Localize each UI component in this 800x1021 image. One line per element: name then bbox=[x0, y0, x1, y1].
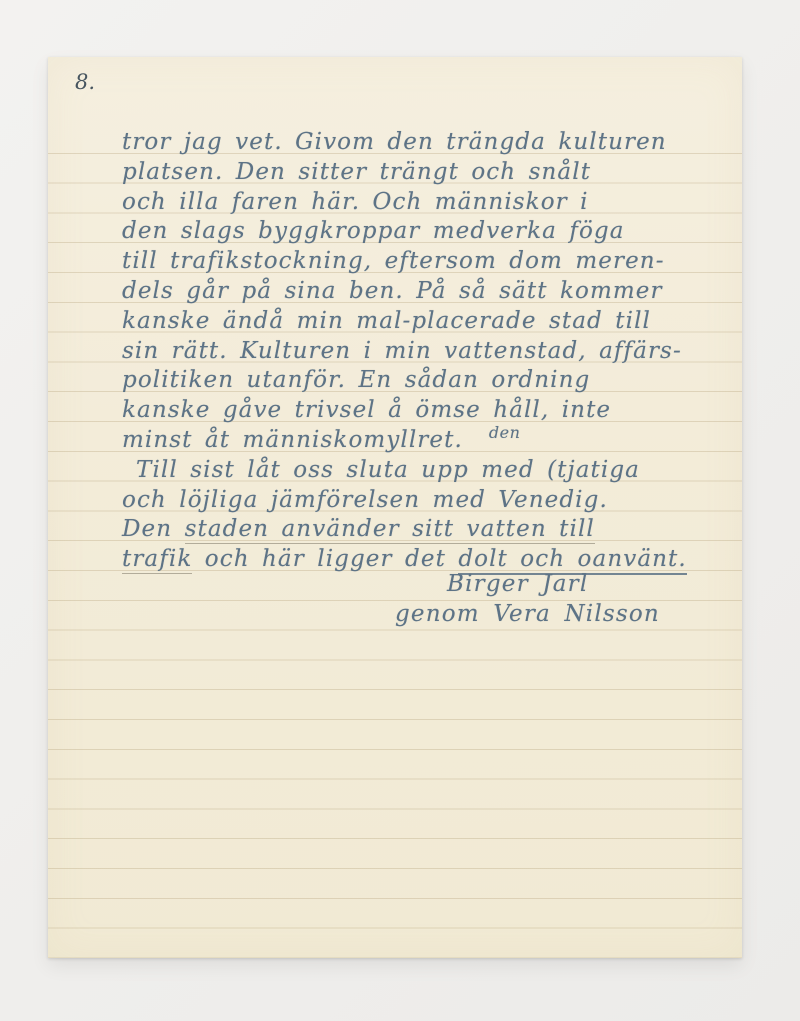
inserted-word: den bbox=[489, 423, 521, 442]
manuscript-line: Till sist låt oss sluta upp med (tjatiga bbox=[122, 456, 728, 486]
manuscript-line: politiken utanför. En sådan ordning bbox=[122, 366, 728, 396]
underlined-text: staden använder sitt vatten till bbox=[185, 516, 595, 544]
handwritten-text: Till sist låt oss sluta upp med (tjatiga bbox=[136, 457, 640, 483]
manuscript-line: kanske gåve trivsel å ömse håll, inte bbox=[122, 396, 728, 426]
manuscript-lines: tror jag vet. Givom den trängda kulturen… bbox=[122, 128, 728, 575]
handwritten-text: dels går på sina ben. På så sätt kommer bbox=[122, 278, 663, 304]
manuscript-paper: 8. tror jag vet. Givom den trängda kultu… bbox=[48, 57, 742, 958]
handwritten-text: den slags byggkroppar medverka föga bbox=[122, 218, 625, 244]
handwritten-text: och löjliga jämförelsen med Venedig. bbox=[122, 487, 608, 513]
page-number: 8. bbox=[75, 70, 95, 94]
manuscript-line: dels går på sina ben. På så sätt kommer bbox=[122, 277, 728, 307]
handwritten-text: kanske gåve trivsel å ömse håll, inte bbox=[122, 397, 611, 423]
handwritten-text: sin rätt. Kulturen i min vattenstad, aff… bbox=[122, 338, 682, 364]
signature-name: Birger Jarl bbox=[447, 570, 660, 600]
manuscript-line: till trafikstockning, eftersom dom meren… bbox=[122, 247, 728, 277]
manuscript-line: sin rätt. Kulturen i min vattenstad, aff… bbox=[122, 337, 728, 367]
manuscript-line: platsen. Den sitter trängt och snålt bbox=[122, 158, 728, 188]
signature-block: Birger Jarl genom Vera Nilsson bbox=[395, 570, 660, 629]
handwritten-text: minst åt människomyllret. bbox=[122, 427, 463, 453]
handwritten-text: kanske ändå min mal-placerade stad till bbox=[122, 308, 651, 334]
manuscript-line: minst åt människomyllret.den bbox=[122, 426, 728, 456]
manuscript-line: och illa faren här. Och människor i bbox=[122, 188, 728, 218]
signature-byline: genom Vera Nilsson bbox=[395, 600, 660, 630]
manuscript-line: kanske ändå min mal-placerade stad till bbox=[122, 307, 728, 337]
manuscript-line: och löjliga jämförelsen med Venedig. bbox=[122, 486, 728, 516]
manuscript-line: Den staden använder sitt vatten till bbox=[122, 515, 728, 545]
manuscript-line: den slags byggkroppar medverka föga bbox=[122, 217, 728, 247]
handwritten-text: till trafikstockning, eftersom dom meren… bbox=[122, 248, 665, 274]
handwritten-text: och här ligger det bbox=[192, 546, 458, 572]
handwritten-text: politiken utanför. En sådan ordning bbox=[122, 367, 590, 393]
manuscript-line: tror jag vet. Givom den trängda kulturen bbox=[122, 128, 728, 158]
handwritten-text: Den bbox=[122, 516, 185, 542]
underlined-text: trafik bbox=[122, 546, 192, 574]
handwritten-text: och illa faren här. Och människor i bbox=[122, 189, 589, 215]
handwritten-text: tror jag vet. Givom den trängda kulturen bbox=[122, 129, 667, 155]
handwritten-text: platsen. Den sitter trängt och snålt bbox=[122, 159, 591, 185]
